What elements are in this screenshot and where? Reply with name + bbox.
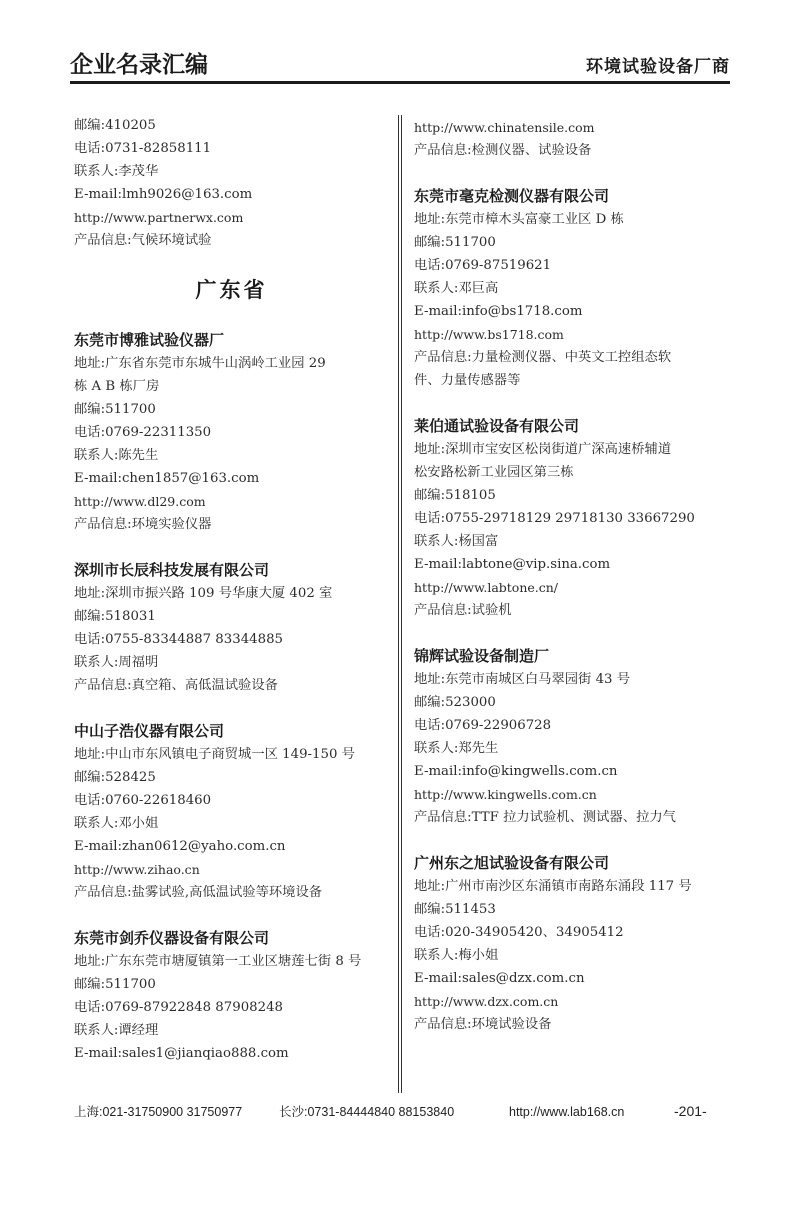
- postcode-line: 邮编:511700: [74, 973, 389, 996]
- url-line: http://www.zihao.cn: [74, 858, 389, 881]
- email-line: E-mail:info@kingwells.com.cn: [414, 760, 729, 783]
- postcode-line: 邮编:523000: [414, 691, 729, 714]
- products-line: 产品信息:检测仪器、试验设备: [414, 139, 729, 162]
- email-line: E-mail:zhan0612@yaho.com.cn: [74, 835, 389, 858]
- postcode-line: 邮编:518105: [414, 484, 729, 507]
- company-entry: 莱伯通试验设备有限公司 地址:深圳市宝安区松岗街道广深高速桥辅道 松安路松新工业…: [414, 414, 729, 622]
- url-line: http://www.chinatensile.com: [414, 116, 729, 139]
- company-name: 东莞市剑乔仪器设备有限公司: [74, 926, 389, 950]
- phone-line: 电话:0769-87519621: [414, 254, 729, 277]
- header-title-left: 企业名录汇编: [70, 46, 208, 79]
- contact-line: 联系人:杨国富: [414, 530, 729, 553]
- address-line-cont: 松安路松新工业园区第三栋: [414, 461, 729, 484]
- address-line: 地址:深圳市振兴路 109 号华康大厦 402 室: [74, 582, 389, 605]
- right-column: http://www.chinatensile.com 产品信息:检测仪器、试验…: [414, 116, 729, 1058]
- address-line: 地址:中山市东风镇电子商贸城一区 149-150 号: [74, 743, 389, 766]
- company-entry: 深圳市长辰科技发展有限公司 地址:深圳市振兴路 109 号华康大厦 402 室 …: [74, 558, 389, 697]
- url-line: http://www.partnerwx.com: [74, 206, 389, 229]
- email-line: E-mail:labtone@vip.sina.com: [414, 553, 729, 576]
- contact-line: 联系人:邓小姐: [74, 812, 389, 835]
- phone-line: 电话:0769-22906728: [414, 714, 729, 737]
- email-line: E-mail:info@bs1718.com: [414, 300, 729, 323]
- contact-line: 联系人:谭经理: [74, 1019, 389, 1042]
- address-line: 地址:东莞市南城区白马翠园街 43 号: [414, 668, 729, 691]
- company-entry: 东莞市剑乔仪器设备有限公司 地址:广东东莞市塘厦镇第一工业区塘莲七街 8 号 邮…: [74, 926, 389, 1065]
- url-line: http://www.bs1718.com: [414, 323, 729, 346]
- left-column: 邮编:410205 电话:0731-82858111 联系人:李茂华 E-mai…: [74, 114, 389, 1087]
- contact-line: 联系人:郑先生: [414, 737, 729, 760]
- phone-line: 电话:0755-29718129 29718130 33667290: [414, 507, 729, 530]
- company-entry: 东莞市毫克检测仪器有限公司 地址:东莞市樟木头富豪工业区 D 栋 邮编:5117…: [414, 184, 729, 392]
- products-line: 产品信息:盐雾试验,高低温试验等环境设备: [74, 881, 389, 904]
- products-line: 产品信息:TTF 拉力试验机、测试器、拉力气: [414, 806, 729, 829]
- email-line: E-mail:sales1@jianqiao888.com: [74, 1042, 389, 1065]
- company-name: 东莞市博雅试验仪器厂: [74, 328, 389, 352]
- email-line: E-mail:chen1857@163.com: [74, 467, 389, 490]
- address-line-cont: 栋 A B 栋厂房: [74, 375, 389, 398]
- postcode-line: 邮编:511453: [414, 898, 729, 921]
- url-line: http://www.labtone.cn/: [414, 576, 729, 599]
- products-line: 产品信息:力量检测仪器、中英文工控组态软: [414, 346, 729, 369]
- address-line: 地址:广东东莞市塘厦镇第一工业区塘莲七街 8 号: [74, 950, 389, 973]
- company-entry: 锦辉试验设备制造厂 地址:东莞市南城区白马翠园街 43 号 邮编:523000 …: [414, 644, 729, 829]
- phone-line: 电话:0769-87922848 87908248: [74, 996, 389, 1019]
- phone-line: 电话:0769-22311350: [74, 421, 389, 444]
- address-line: 地址:广州市南沙区东涌镇市南路东涌段 117 号: [414, 875, 729, 898]
- company-entry: 广州东之旭试验设备有限公司 地址:广州市南沙区东涌镇市南路东涌段 117 号 邮…: [414, 851, 729, 1036]
- url-line: http://www.kingwells.com.cn: [414, 783, 729, 806]
- footer-changsha-phone: 长沙:0731-84444840 88153840: [279, 1102, 509, 1120]
- postcode-line: 邮编:511700: [414, 231, 729, 254]
- header-rule: [70, 81, 730, 84]
- footer-shanghai-phone: 上海:021-31750900 31750977: [74, 1102, 279, 1120]
- products-line: 产品信息:试验机: [414, 599, 729, 622]
- phone-line: 电话:0731-82858111: [74, 137, 389, 160]
- contact-line: 联系人:梅小姐: [414, 944, 729, 967]
- phone-line: 电话:020-34905420、34905412: [414, 921, 729, 944]
- email-line: E-mail:sales@dzx.com.cn: [414, 967, 729, 990]
- products-line: 产品信息:环境试验设备: [414, 1013, 729, 1036]
- company-name: 广州东之旭试验设备有限公司: [414, 851, 729, 875]
- phone-line: 电话:0755-83344887 83344885: [74, 628, 389, 651]
- postcode-line: 邮编:511700: [74, 398, 389, 421]
- contact-line: 联系人:李茂华: [74, 160, 389, 183]
- column-divider: [398, 115, 402, 1093]
- url-line: http://www.dl29.com: [74, 490, 389, 513]
- postcode-line: 邮编:528425: [74, 766, 389, 789]
- contact-line: 联系人:邓巨高: [414, 277, 729, 300]
- postcode-line: 邮编:410205: [74, 114, 389, 137]
- province-heading: 广东省: [74, 274, 389, 304]
- url-line: http://www.dzx.com.cn: [414, 990, 729, 1013]
- address-line: 地址:广东省东莞市东城牛山涡岭工业园 29: [74, 352, 389, 375]
- company-name: 东莞市毫克检测仪器有限公司: [414, 184, 729, 208]
- address-line: 地址:深圳市宝安区松岗街道广深高速桥辅道: [414, 438, 729, 461]
- postcode-line: 邮编:518031: [74, 605, 389, 628]
- products-line: 产品信息:真空箱、高低温试验设备: [74, 674, 389, 697]
- page-footer: 上海:021-31750900 31750977长沙:0731-84444840…: [74, 1102, 734, 1120]
- address-line: 地址:东莞市樟木头富豪工业区 D 栋: [414, 208, 729, 231]
- company-entry: 中山子浩仪器有限公司 地址:中山市东风镇电子商贸城一区 149-150 号 邮编…: [74, 719, 389, 904]
- company-name: 深圳市长辰科技发展有限公司: [74, 558, 389, 582]
- phone-line: 电话:0760-22618460: [74, 789, 389, 812]
- email-line: E-mail:lmh9026@163.com: [74, 183, 389, 206]
- contact-line: 联系人:陈先生: [74, 444, 389, 467]
- company-name: 莱伯通试验设备有限公司: [414, 414, 729, 438]
- page-header: 企业名录汇编 环境试验设备厂商: [70, 46, 730, 80]
- continued-entry: 邮编:410205 电话:0731-82858111 联系人:李茂华 E-mai…: [74, 114, 389, 252]
- header-title-right: 环境试验设备厂商: [586, 52, 730, 77]
- products-line: 产品信息:环境实验仪器: [74, 513, 389, 536]
- products-line: 产品信息:气候环境试验: [74, 229, 389, 252]
- page-number: -201-: [674, 1103, 707, 1119]
- products-line-cont: 件、力量传感器等: [414, 369, 729, 392]
- contact-line: 联系人:周福明: [74, 651, 389, 674]
- footer-url: http://www.lab168.cn: [509, 1105, 674, 1119]
- company-entry: 东莞市博雅试验仪器厂 地址:广东省东莞市东城牛山涡岭工业园 29 栋 A B 栋…: [74, 328, 389, 536]
- continued-entry: http://www.chinatensile.com 产品信息:检测仪器、试验…: [414, 116, 729, 162]
- company-name: 中山子浩仪器有限公司: [74, 719, 389, 743]
- company-name: 锦辉试验设备制造厂: [414, 644, 729, 668]
